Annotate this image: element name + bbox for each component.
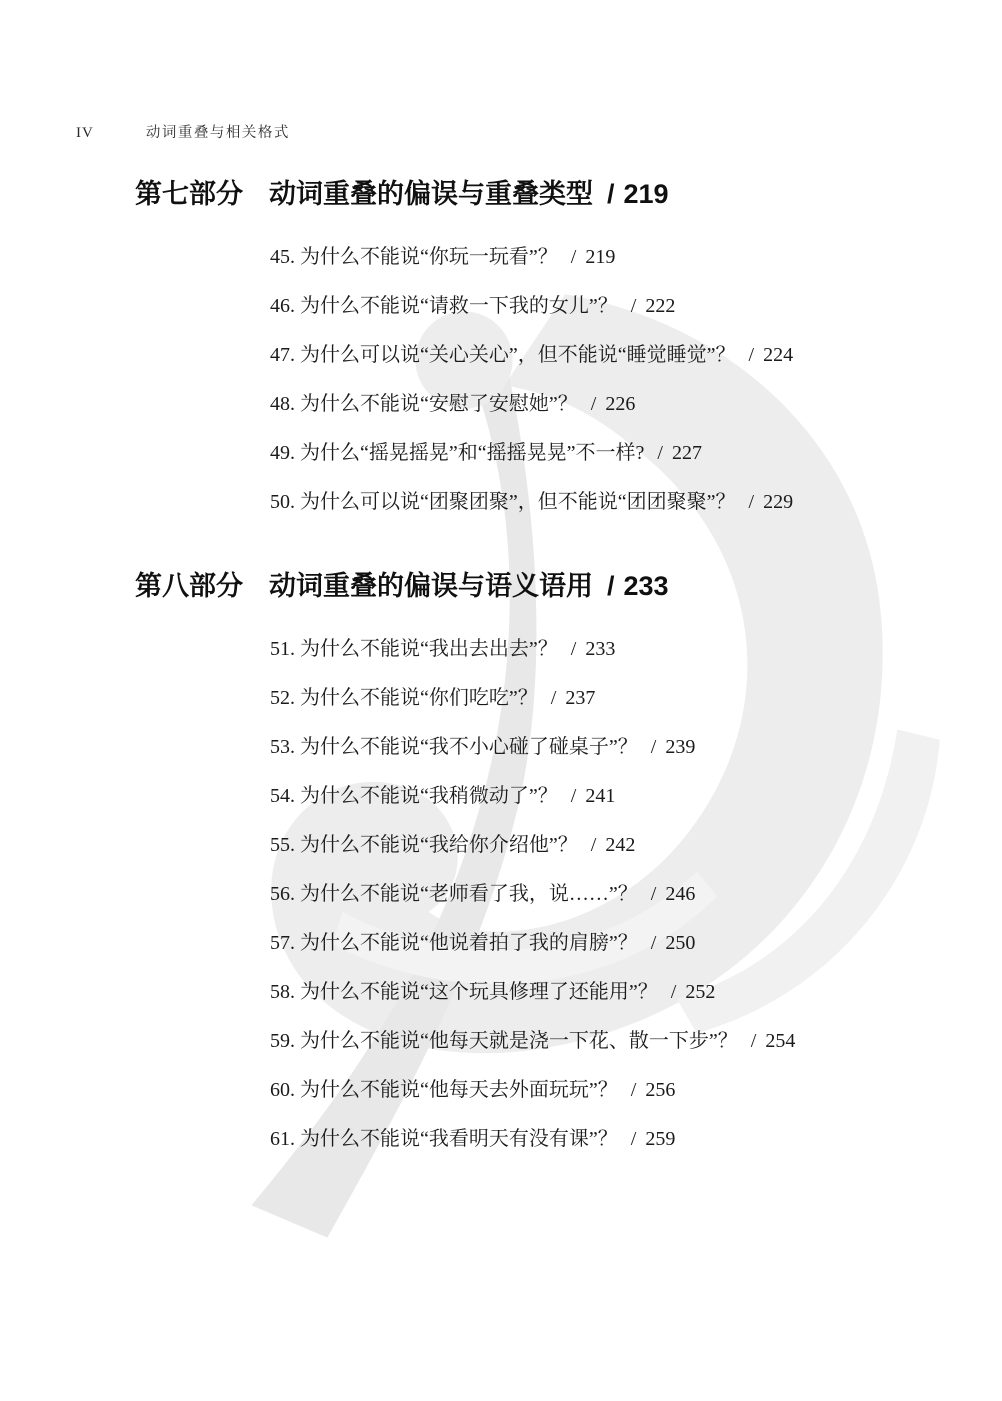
section-heading: 第七部分动词重叠的偏误与重叠类型/219 — [135, 178, 1002, 210]
toc-separator: / — [751, 1030, 757, 1052]
toc-item: 59. 为什么不能说“他每天就是浇一下花、散一下步”？/254 — [270, 1030, 1002, 1052]
toc-item: 57. 为什么不能说“他说着拍了我的肩膀”？/250 — [270, 932, 1002, 954]
toc-list-part-7: 45. 为什么不能说“你玩一玩看”？/219 46. 为什么不能说“请救一下我的… — [270, 246, 1002, 513]
section-title: 动词重叠的偏误与重叠类型 — [269, 179, 593, 209]
toc-item-page: 224 — [763, 344, 793, 366]
toc-item-text: 49. 为什么“摇晃摇晃”和“摇摇晃晃”不一样? — [270, 442, 644, 464]
toc-item-text: 48. 为什么不能说“安慰了安慰她”？ — [270, 393, 578, 415]
toc-list-part-8: 51. 为什么不能说“我出去出去”？/233 52. 为什么不能说“你们吃吃”？… — [270, 638, 1002, 1150]
toc-separator: / — [631, 295, 637, 317]
toc-separator: / — [591, 393, 597, 415]
toc-item-page: 237 — [565, 687, 595, 709]
toc-item-page: 219 — [585, 246, 615, 268]
toc-item-text: 50. 为什么可以说“团聚团聚”，但不能说“团团聚聚”？ — [270, 491, 736, 513]
section-label: 第八部分 — [135, 571, 243, 601]
toc-item: 60. 为什么不能说“他每天去外面玩玩”？/256 — [270, 1079, 1002, 1101]
section-page: 233 — [624, 571, 669, 601]
toc-item-page: 254 — [765, 1030, 795, 1052]
toc-item-page: 241 — [585, 785, 615, 807]
toc-item: 61. 为什么不能说“我看明天有没有课”？/259 — [270, 1128, 1002, 1150]
toc-item-page: 252 — [685, 981, 715, 1003]
toc-item-page: 227 — [672, 442, 702, 464]
toc-item-text: 61. 为什么不能说“我看明天有没有课”？ — [270, 1128, 618, 1150]
toc-item: 51. 为什么不能说“我出去出去”？/233 — [270, 638, 1002, 660]
section-part-8: 第八部分动词重叠的偏误与语义语用/233 51. 为什么不能说“我出去出去”？/… — [0, 570, 1002, 1177]
toc-item-page: 246 — [665, 883, 695, 905]
toc-item: 48. 为什么不能说“安慰了安慰她”？/226 — [270, 393, 1002, 415]
toc-separator: / — [571, 785, 577, 807]
toc-separator: / — [671, 981, 677, 1003]
toc-separator: / — [591, 834, 597, 856]
toc-item-page: 229 — [763, 491, 793, 513]
toc-item-text: 54. 为什么不能说“我稍微动了”？ — [270, 785, 558, 807]
toc-item-text: 59. 为什么不能说“他每天就是浇一下花、散一下步”？ — [270, 1030, 738, 1052]
section-page: 219 — [624, 179, 669, 209]
toc-item: 54. 为什么不能说“我稍微动了”？/241 — [270, 785, 1002, 807]
toc-separator: / — [571, 246, 577, 268]
toc-item-text: 53. 为什么不能说“我不小心碰了碰桌子”？ — [270, 736, 638, 758]
toc-item-text: 55. 为什么不能说“我给你介绍他”？ — [270, 834, 578, 856]
toc-item-text: 52. 为什么不能说“你们吃吃”？ — [270, 687, 538, 709]
toc-item: 53. 为什么不能说“我不小心碰了碰桌子”？/239 — [270, 736, 1002, 758]
toc-item-page: 259 — [645, 1128, 675, 1150]
toc-item-text: 60. 为什么不能说“他每天去外面玩玩”？ — [270, 1079, 618, 1101]
toc-item: 46. 为什么不能说“请救一下我的女儿”？/222 — [270, 295, 1002, 317]
toc-separator: / — [551, 687, 557, 709]
toc-item-text: 56. 为什么不能说“老师看了我，说……”？ — [270, 883, 638, 905]
toc-item-text: 58. 为什么不能说“这个玩具修理了还能用”？ — [270, 981, 658, 1003]
toc-page: IV动词重叠与相关格式 第七部分动词重叠的偏误与重叠类型/219 45. 为什么… — [0, 0, 1002, 1401]
toc-item-text: 51. 为什么不能说“我出去出去”？ — [270, 638, 558, 660]
running-title: 动词重叠与相关格式 — [146, 125, 290, 141]
toc-item: 52. 为什么不能说“你们吃吃”？/237 — [270, 687, 1002, 709]
toc-item-text: 57. 为什么不能说“他说着拍了我的肩膀”？ — [270, 932, 638, 954]
folio-number: IV — [76, 125, 94, 141]
toc-separator: / — [571, 638, 577, 660]
toc-item-text: 45. 为什么不能说“你玩一玩看”？ — [270, 246, 558, 268]
toc-item-page: 226 — [605, 393, 635, 415]
toc-item-page: 242 — [605, 834, 635, 856]
toc-item: 55. 为什么不能说“我给你介绍他”？/242 — [270, 834, 1002, 856]
section-title: 动词重叠的偏误与语义语用 — [269, 571, 593, 601]
toc-separator: / — [651, 736, 657, 758]
page-header: IV动词重叠与相关格式 — [76, 121, 290, 142]
toc-item: 49. 为什么“摇晃摇晃”和“摇摇晃晃”不一样?/227 — [270, 442, 1002, 464]
toc-separator: / — [749, 491, 755, 513]
toc-item-page: 250 — [665, 932, 695, 954]
toc-item-page: 222 — [645, 295, 675, 317]
toc-separator: / — [651, 932, 657, 954]
toc-item-text: 46. 为什么不能说“请救一下我的女儿”？ — [270, 295, 618, 317]
section-heading: 第八部分动词重叠的偏误与语义语用/233 — [135, 570, 1002, 602]
toc-item-page: 233 — [585, 638, 615, 660]
toc-separator: / — [631, 1128, 637, 1150]
toc-separator: / — [631, 1079, 637, 1101]
toc-separator: / — [749, 344, 755, 366]
toc-separator: / — [657, 442, 663, 464]
section-separator: / — [607, 179, 615, 209]
section-part-7: 第七部分动词重叠的偏误与重叠类型/219 45. 为什么不能说“你玩一玩看”？/… — [0, 178, 1002, 540]
toc-item-text: 47. 为什么可以说“关心关心”，但不能说“睡觉睡觉”？ — [270, 344, 736, 366]
toc-item: 47. 为什么可以说“关心关心”，但不能说“睡觉睡觉”？/224 — [270, 344, 1002, 366]
toc-item: 58. 为什么不能说“这个玩具修理了还能用”？/252 — [270, 981, 1002, 1003]
toc-item: 45. 为什么不能说“你玩一玩看”？/219 — [270, 246, 1002, 268]
section-label: 第七部分 — [135, 179, 243, 209]
toc-item-page: 239 — [665, 736, 695, 758]
toc-item-page: 256 — [645, 1079, 675, 1101]
section-separator: / — [607, 571, 615, 601]
toc-separator: / — [651, 883, 657, 905]
toc-item: 56. 为什么不能说“老师看了我，说……”？/246 — [270, 883, 1002, 905]
toc-item: 50. 为什么可以说“团聚团聚”，但不能说“团团聚聚”？/229 — [270, 491, 1002, 513]
